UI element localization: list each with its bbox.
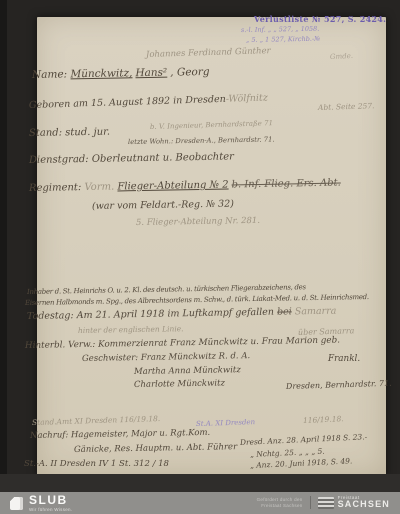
standesamt-line: St.-A. II Dresden IV 1 St. 312 / 18: [24, 460, 169, 469]
pencil-side-note: Gmde.: [330, 53, 353, 62]
slub-book-icon: [10, 497, 23, 510]
name-firstname: Hans²: [135, 67, 167, 80]
name-extra: , Georg: [170, 66, 210, 79]
footer-divider: [310, 496, 311, 509]
verlustliste-stamp: Verlustliste № 527, S. 2424.: [254, 15, 386, 24]
sibling-3: Charlotte Münckwitz: [134, 379, 225, 390]
sibling-2: Martha Anna Münckwitz: [134, 366, 241, 377]
scan-viewer: Verlustliste № 527, S. 2424. s.-l. Inf. …: [0, 0, 400, 514]
sachsen-big-label: SACHSEN: [338, 500, 390, 510]
slub-tagline: Wir führen Wissen.: [29, 507, 72, 512]
slub-logo: SLUB Wir führen Wissen.: [10, 494, 72, 512]
regiment-label: Regiment:: [29, 182, 85, 194]
footer-dark-strip: [0, 474, 400, 492]
regiment-main: Flieger-Abteilung № 2: [117, 180, 228, 193]
sachsen-logo: Freistaat SACHSEN: [318, 496, 390, 510]
name-label: Name:: [32, 68, 71, 81]
stand-line: Stand: stud. jur.: [29, 127, 110, 139]
born-note: Abt. Seite 257.: [318, 102, 375, 112]
saxony-coat-of-arms-icon: [318, 497, 334, 509]
death-place: Samarra: [292, 306, 337, 318]
family-line-2: Frankl.: [328, 355, 360, 365]
slub-title: SLUB: [29, 494, 72, 506]
stamp-note-1: s.-l. Inf. „ „ 527, „ 1058.: [241, 26, 319, 35]
funding-note: Gefördert durch den Freistaat Sachsen: [257, 497, 303, 510]
name-surname: Münckwitz,: [70, 67, 132, 80]
funding-line-2: Freistaat Sachsen: [257, 503, 303, 509]
death-strike: bei: [277, 306, 292, 317]
index-card: [37, 17, 386, 476]
regiment-pre: Vorm.: [84, 181, 117, 193]
footer-bar: SLUB Wir führen Wissen. Gefördert durch …: [0, 492, 400, 514]
born-suffix: -Wölfnitz: [226, 92, 268, 104]
stamp-note-2: „ 5. „ 1 527, Kirchb.-№: [246, 36, 320, 44]
regiment-scribble: b. Inf. Flieg. Ers. Abt.: [231, 178, 340, 191]
